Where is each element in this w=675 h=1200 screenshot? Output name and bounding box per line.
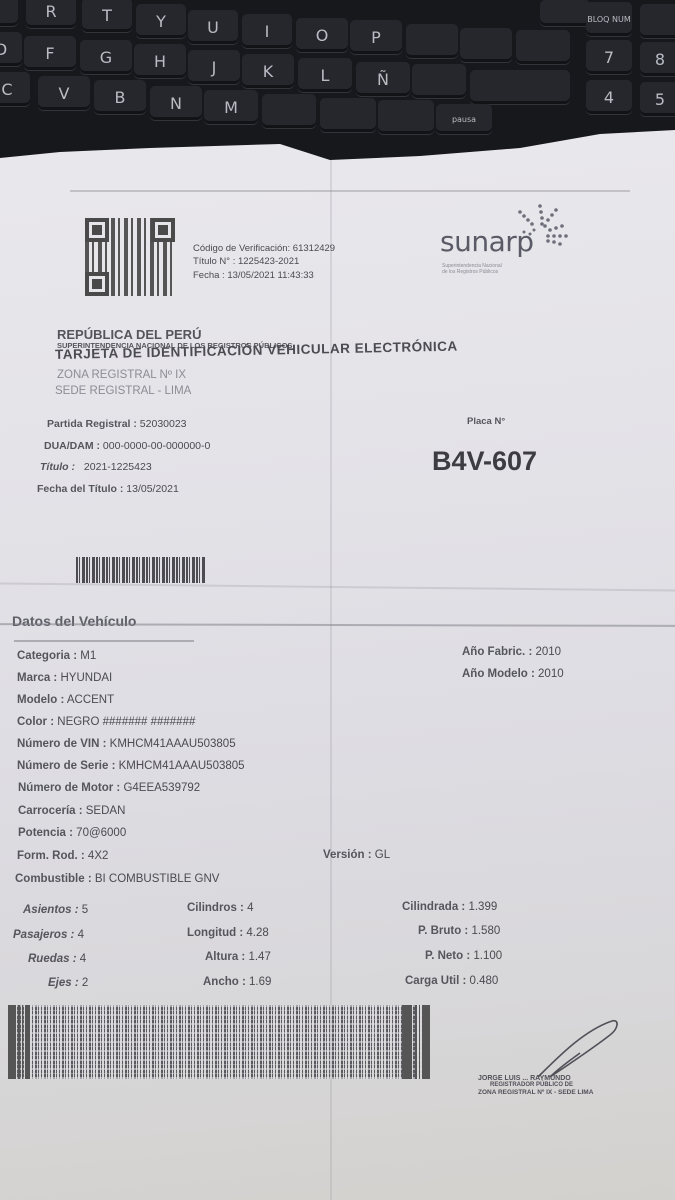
verification-code: Código de Verificación: 61312429 [193,243,335,254]
signatory-name: JORGE LUIS ... RAYMUNDO [478,1075,571,1082]
field-value: 70@6000 [76,827,126,839]
field-p-neto: P. Neto : 1.100 [425,950,502,962]
country-heading: REPÚBLICA DEL PERÚ [57,327,201,342]
field-value: 1.399 [468,901,497,913]
field-marca: Marca : HYUNDAI [17,672,112,684]
field-label: Número de Motor : [18,782,120,794]
field-value: 000-0000-00-000000-0 [103,440,210,452]
key-j: J [188,50,240,84]
signatory-zone: ZONA REGISTRAL Nº IX - SEDE LIMA [478,1089,593,1096]
field-ejes: Ejes : 2 [48,977,88,989]
field-value: ACCENT [67,694,114,706]
field-cilindros: Cilindros : 4 [187,902,253,914]
field-label: Longitud : [187,927,243,939]
field-label: Ruedas : [28,953,77,965]
field-anio-modelo: Año Modelo : 2010 [462,668,564,680]
field-asientos: Asientos : 5 [23,904,88,916]
field-pasajeros: Pasajeros : 4 [13,929,84,941]
field-anio-fabric: Año Fabric. : 2010 [462,646,561,658]
field-carroceria: Carrocería : SEDAN [18,805,125,817]
key-comma [262,94,316,128]
field-value: BI COMBUSTIBLE GNV [95,873,220,885]
key-k: K [242,54,294,88]
field-label: Ancho : [203,976,246,988]
logo-sub-line: de los Registros Públicos [442,269,502,275]
field-value: 4 [247,902,253,914]
field-label: Modelo : [17,694,64,706]
field-value: 2010 [535,646,561,658]
field-label: Color : [17,716,54,728]
divider [70,190,630,192]
pdf417-start-pattern [8,1005,30,1079]
key-e: E [0,0,18,26]
field-label: Pasajeros : [13,929,74,941]
title-number: Título N° : 1225423-2021 [193,256,299,267]
field-label: Cilindrada : [402,901,465,913]
issue-date: Fecha : 13/05/2021 11:43:33 [193,270,314,281]
field-value: G4EEA539792 [123,782,200,794]
field-value: GL [375,849,390,861]
field-value: 4.28 [246,927,268,939]
field-label: P. Bruto : [418,925,468,937]
field-ancho: Ancho : 1.69 [203,976,271,988]
key-h: H [134,44,186,78]
key-p: P [350,20,402,54]
partida-registral: Partida Registral : 52030023 [47,418,187,430]
field-label: Cilindros : [187,902,244,914]
field-label: Marca : [17,672,57,684]
field-value: 2021-1225423 [84,461,152,473]
field-value: 2010 [538,668,564,680]
field-longitud: Longitud : 4.28 [187,927,269,939]
sunarp-logo: sunarp [440,225,534,258]
field-value: KMHCM41AAAU503805 [119,760,245,772]
divider [14,640,194,642]
field-motor: Número de Motor : G4EEA539792 [18,782,200,794]
fecha-titulo: Fecha del Título : 13/05/2021 [37,483,179,495]
field-label: Carrocería : [18,805,83,817]
field-modelo: Modelo : ACCENT [17,694,114,706]
key-enter [470,70,570,104]
field-label: Potencia : [18,827,73,839]
key-d: D [0,32,22,66]
key-u: U [188,10,238,44]
key-enie: Ñ [356,62,410,96]
key-slash [640,4,675,38]
key-period [320,98,376,132]
key-g: G [80,40,132,74]
key-t: T [82,0,132,32]
field-value: 5 [82,904,88,916]
field-potencia: Potencia : 70@6000 [18,827,126,839]
field-label: Categoria : [17,650,77,662]
key-dash [378,100,434,134]
qr-code [85,218,175,296]
field-combustible: Combustible : BI COMBUSTIBLE GNV [15,873,219,885]
field-value: 1.47 [248,951,270,963]
field-vin: Número de VIN : KMHCM41AAAU503805 [17,738,236,750]
key-plus [460,28,512,62]
field-categoria: Categoria : M1 [17,650,96,662]
field-color: Color : NEGRO ####### ####### [17,716,195,728]
barcode [76,557,206,583]
key-f: F [24,36,76,70]
field-value: HYUNDAI [60,672,112,684]
key-v: V [38,76,90,110]
key-4: 4 [586,80,632,114]
field-value: 1.100 [473,950,502,962]
field-label: Combustible : [15,873,92,885]
field-serie: Número de Serie : KMHCM41AAAU503805 [17,760,245,772]
field-label: Ejes : [48,977,79,989]
field-value: 4X2 [88,850,108,862]
field-value: 0.480 [470,975,499,987]
field-value: NEGRO ####### ####### [57,716,195,728]
field-label: Asientos : [23,904,79,916]
field-value: 52030023 [140,418,187,430]
key-bracket [516,30,570,64]
key-b: B [94,80,146,114]
key-m: M [204,90,258,124]
pdf417-stop-pattern [402,1005,430,1079]
field-label: Form. Rod. : [17,850,85,862]
key-accent [406,24,458,58]
key-o: O [296,18,348,52]
field-value: M1 [80,650,96,662]
field-version: Versión : GL [323,849,390,861]
key-8: 8 [640,42,675,76]
key-backspace [540,0,590,26]
field-value: 4 [80,953,86,965]
field-label: Título : [40,461,75,473]
field-value: 1.69 [249,976,271,988]
field-label: Versión : [323,849,372,861]
field-label: Carga Util : [405,975,466,987]
field-label: Número de Serie : [17,760,115,772]
key-n: N [150,86,202,120]
field-label: Año Fabric. : [462,646,532,658]
field-label: P. Neto : [425,950,470,962]
titulo: Título : 2021-1225423 [40,461,152,473]
field-value: 13/05/2021 [126,483,179,495]
signatory-role: REGISTRADOR PÚBLICO DE [490,1082,573,1088]
key-7: 7 [586,40,632,74]
field-value: 4 [78,929,84,941]
field-p-bruto: P. Bruto : 1.580 [418,925,500,937]
field-label: Año Modelo : [462,668,535,680]
registry-office: SEDE REGISTRAL - LIMA [55,385,191,397]
field-label: Número de VIN : [17,738,106,750]
key-pause: pausa [436,104,492,134]
field-label: Partida Registral : [47,418,137,430]
field-cilindrada: Cilindrada : 1.399 [402,901,497,913]
key-brace [412,64,466,98]
key-y: Y [136,4,186,38]
key-numlock: BLOQ NUM [586,2,632,36]
field-value: SEDAN [86,805,126,817]
registry-zone: ZONA REGISTRAL Nº IX [57,369,186,381]
field-label: Altura : [205,951,245,963]
field-altura: Altura : 1.47 [205,951,271,963]
plate-label: Placa N° [467,416,505,427]
field-value: 2 [82,977,88,989]
field-ruedas: Ruedas : 4 [28,953,86,965]
field-label: Fecha del Título : [37,483,123,495]
dua-dam: DUA/DAM : 000-0000-00-000000-0 [44,440,210,452]
pdf417-barcode [8,1005,430,1079]
section-title-vehicle: Datos del Vehículo [12,613,136,629]
key-5: 5 [640,82,675,116]
sunarp-logo-subtitle: Superintendencia Nacional de los Registr… [442,263,502,275]
field-value: 1.580 [471,925,500,937]
key-i: I [242,14,292,48]
key-c: C [0,72,30,106]
key-r: R [26,0,76,28]
field-value: KMHCM41AAAU503805 [110,738,236,750]
plate-number: B4V-607 [432,446,537,477]
field-form-rod: Form. Rod. : 4X2 [17,850,108,862]
field-carga-util: Carga Util : 0.480 [405,975,498,987]
key-l: L [298,58,352,92]
field-label: DUA/DAM : [44,440,100,452]
